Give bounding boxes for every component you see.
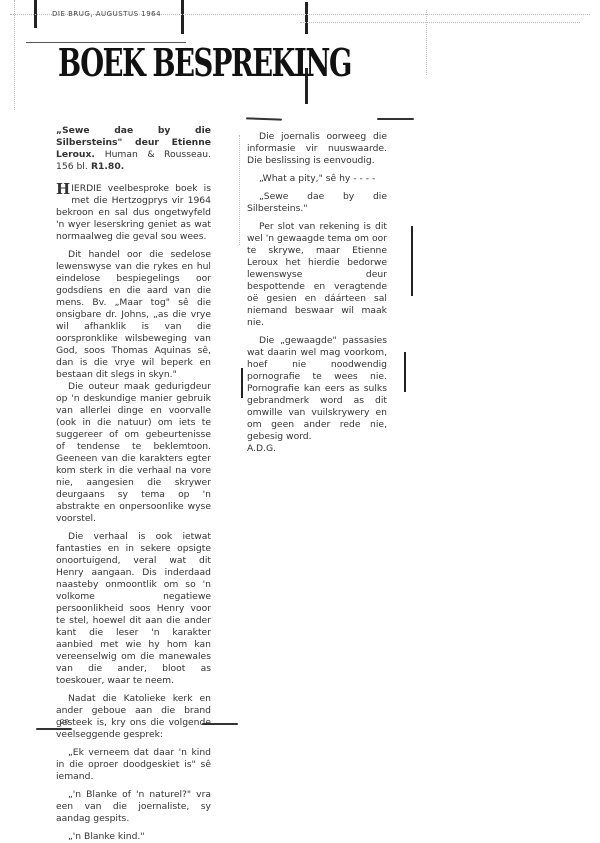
paragraph: Per slot van rekening is dit wel 'n gewa… [247, 221, 387, 329]
book-citation: „Sewe dae by die Silbersteins" deur Etie… [56, 125, 211, 173]
scan-mark [426, 10, 427, 75]
scan-mark [305, 2, 308, 34]
drop-cap: H [56, 183, 70, 196]
book-price: R1.80. [91, 161, 124, 172]
scan-mark [411, 226, 413, 296]
paragraph: „'n Blanke of 'n naturel?" vra een van d… [56, 789, 211, 825]
paragraph: „Ek verneem dat daar 'n kind in die opro… [56, 747, 211, 783]
signature: A.D.G. [247, 443, 387, 455]
divider [246, 117, 282, 120]
paragraph: Die joernalis oorweeg die informasie vir… [247, 131, 387, 167]
scan-mark [404, 352, 406, 392]
paragraph: Die verhaal is ook ietwat fantasties en … [56, 531, 211, 687]
paragraph: Nadat die Katolieke kerk en ander geboue… [56, 693, 211, 741]
masthead: DIE BRUG, AUGUSTUS 1964 [52, 10, 161, 18]
paragraph: Die „gewaagde" passasies wat daarin wel … [247, 335, 387, 443]
paragraph: Die outeur maak gedurigdeur op 'n deskun… [56, 381, 211, 525]
scanned-page: DIE BRUG, AUGUSTUS 1964 BOEK BESPREKING … [0, 0, 600, 843]
book-pages: 156 bl. [56, 161, 88, 172]
page-number: 20 [60, 718, 69, 726]
paragraph: „'n Blanke kind." [56, 831, 211, 843]
paragraph: Dit handel oor die sedelose lewenswyse v… [56, 249, 211, 381]
paragraph: „What a pity," sê hy - - - - [247, 173, 387, 185]
divider [377, 118, 414, 120]
scan-mark [181, 0, 184, 34]
paragraph: HIERDIE veelbesproke boek is met die Her… [56, 183, 211, 243]
paragraph: „Sewe dae by die Silbersteins." [247, 191, 387, 215]
scan-mark [14, 0, 15, 110]
page-title: BOEK BESPREKING [58, 40, 351, 85]
left-column: „Sewe dae by die Silbersteins" deur Etie… [56, 125, 211, 843]
right-column: Die joernalis oorweeg die informasie vir… [247, 131, 387, 461]
scan-mark [239, 135, 240, 245]
book-publisher: Human & Rousseau. [105, 149, 211, 160]
scan-mark [241, 368, 243, 398]
scan-mark [300, 22, 580, 23]
